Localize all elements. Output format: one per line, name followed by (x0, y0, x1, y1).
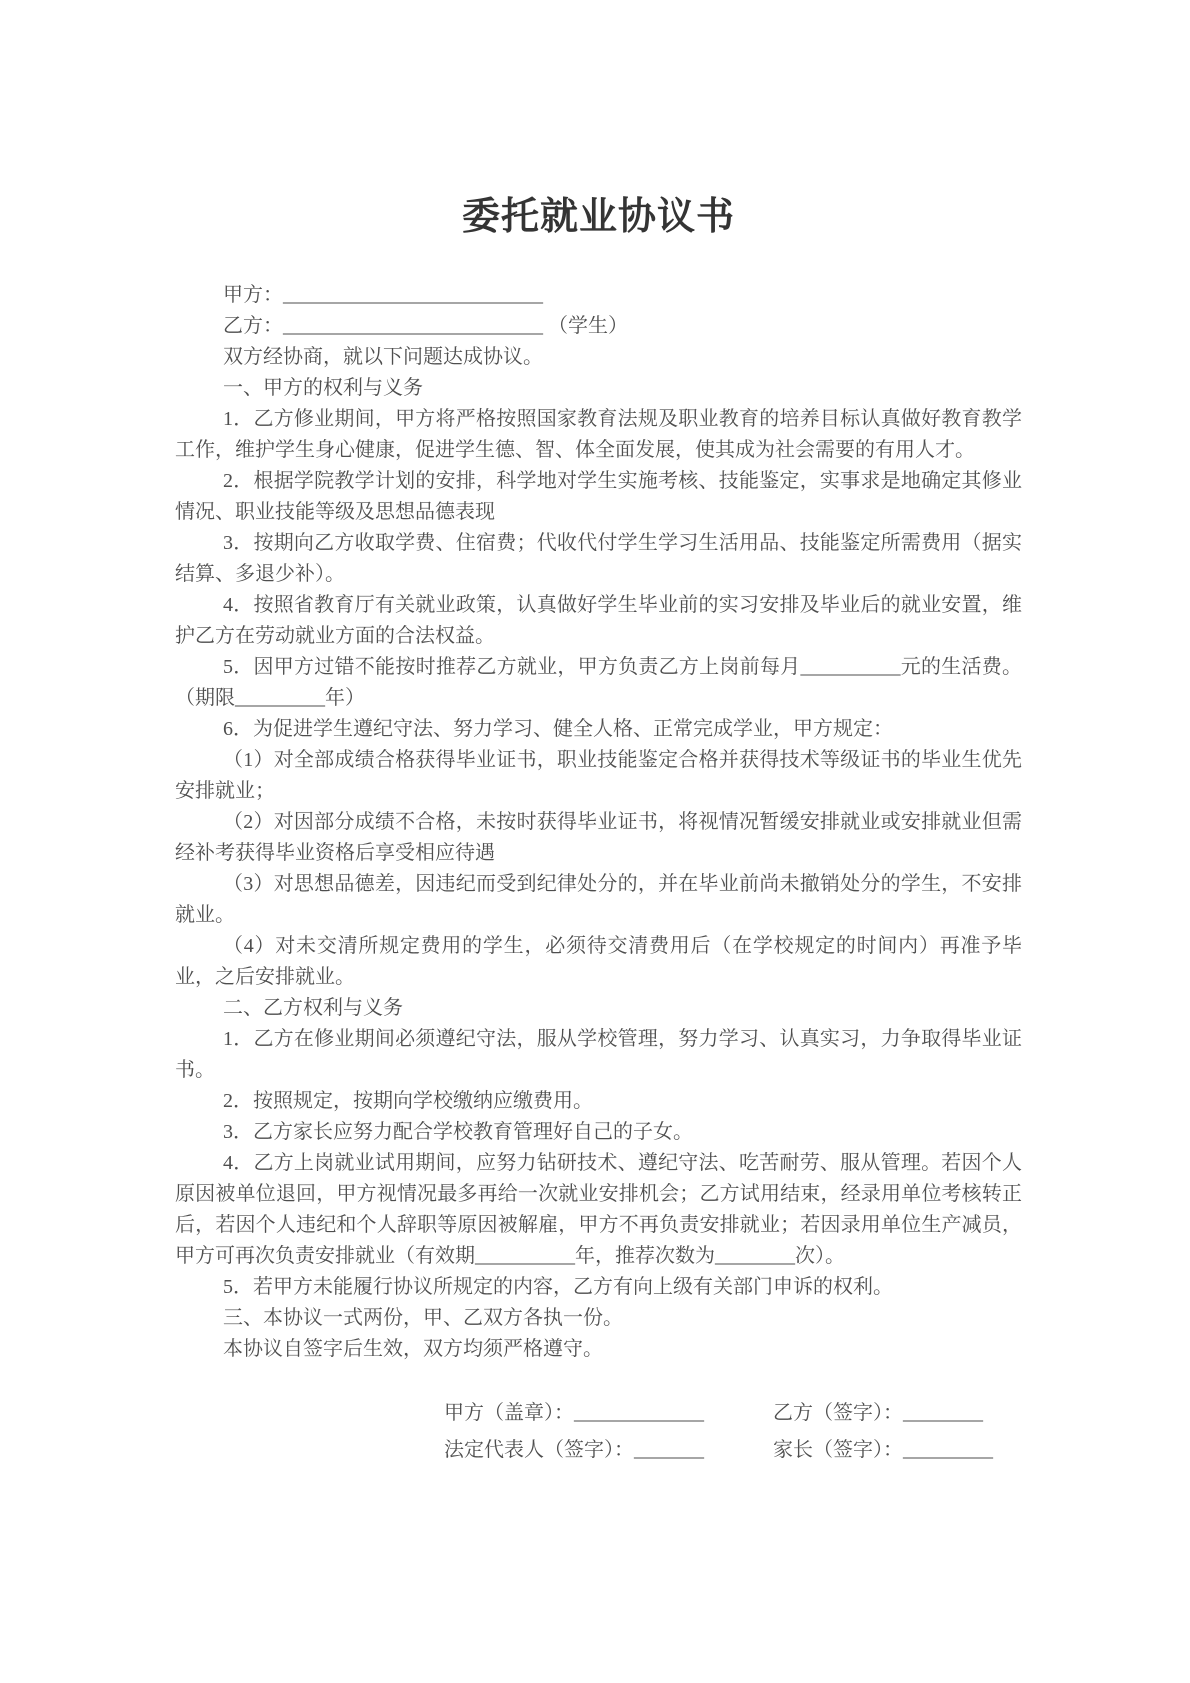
s1-subclause-2: （2）对因部分成绩不合格，未按时获得毕业证书，将视情况暂缓安排就业或安排就业但需… (175, 807, 1022, 869)
document-body: 委托就业协议书 甲方：__________________________ 乙方… (175, 194, 1022, 1469)
document-page: 委托就业协议书 甲方：__________________________ 乙方… (0, 0, 1190, 1683)
s2-clause-1: 1．乙方在修业期间必须遵纪守法，服从学校管理，努力学习、认真实习，力争取得毕业证… (175, 1024, 1022, 1086)
s1-subclause-1: （1）对全部成绩合格获得毕业证书，职业技能鉴定合格并获得技术等级证书的毕业生优先… (175, 745, 1022, 807)
party-b-sign-line: 乙方（签字）：________ (773, 1395, 983, 1432)
signature-row-1: 甲方（盖章）：_____________ 乙方（签字）：________ (175, 1395, 1022, 1432)
s2-clause-2: 2．按照规定，按期向学校缴纳应缴费用。 (175, 1086, 1022, 1117)
party-b-line: 乙方：__________________________ （学生） (175, 311, 1022, 342)
s1-clause-1: 1．乙方修业期间，甲方将严格按照国家教育法规及职业教育的培养目标认真做好教育教学… (175, 404, 1022, 466)
s1-clause-3: 3．按期向乙方收取学费、住宿费；代收代付学生学习生活用品、技能鉴定所需费用（据实… (175, 528, 1022, 590)
section-1-heading: 一、甲方的权利与义务 (175, 373, 1022, 404)
s2-clause-3: 3．乙方家长应努力配合学校教育管理好自己的子女。 (175, 1117, 1022, 1148)
preamble: 双方经协商，就以下问题达成协议。 (175, 342, 1022, 373)
s2-clause-4: 4．乙方上岗就业试用期间，应努力钻研技术、遵纪守法、吃苦耐劳、服从管理。若因个人… (175, 1148, 1022, 1272)
effectiveness-line: 本协议自签字后生效，双方均须严格遵守。 (175, 1334, 1022, 1365)
section-2-heading: 二、乙方权利与义务 (175, 993, 1022, 1024)
s1-clause-4: 4．按照省教育厅有关就业政策，认真做好学生毕业前的实习安排及毕业后的就业安置，维… (175, 590, 1022, 652)
legal-rep-sign-line: 法定代表人（签字）：_______ (444, 1432, 704, 1469)
s1-clause-5: 5．因甲方过错不能按时推荐乙方就业，甲方负责乙方上岗前每月__________元… (175, 652, 1022, 714)
parent-sign-line: 家长（签字）：_________ (773, 1432, 993, 1469)
s1-clause-2: 2．根据学院教学计划的安排，科学地对学生实施考核、技能鉴定，实事求是地确定其修业… (175, 466, 1022, 528)
page-title: 委托就业协议书 (175, 194, 1022, 240)
section-3-line: 三、本协议一式两份，甲、乙双方各执一份。 (175, 1303, 1022, 1334)
signature-row-2: 法定代表人（签字）：_______ 家长（签字）：_________ (175, 1432, 1022, 1469)
s2-clause-5: 5．若甲方未能履行协议所规定的内容，乙方有向上级有关部门申诉的权利。 (175, 1272, 1022, 1303)
signature-block: 甲方（盖章）：_____________ 乙方（签字）：________ 法定代… (175, 1395, 1022, 1469)
party-a-seal-line: 甲方（盖章）：_____________ (444, 1395, 704, 1432)
party-a-line: 甲方：__________________________ (175, 280, 1022, 311)
s1-subclause-4: （4）对未交清所规定费用的学生，必须待交清费用后（在学校规定的时间内）再准予毕业… (175, 931, 1022, 993)
s1-clause-6: 6．为促进学生遵纪守法、努力学习、健全人格、正常完成学业，甲方规定： (175, 714, 1022, 745)
s1-subclause-3: （3）对思想品德差，因违纪而受到纪律处分的，并在毕业前尚未撤销处分的学生，不安排… (175, 869, 1022, 931)
